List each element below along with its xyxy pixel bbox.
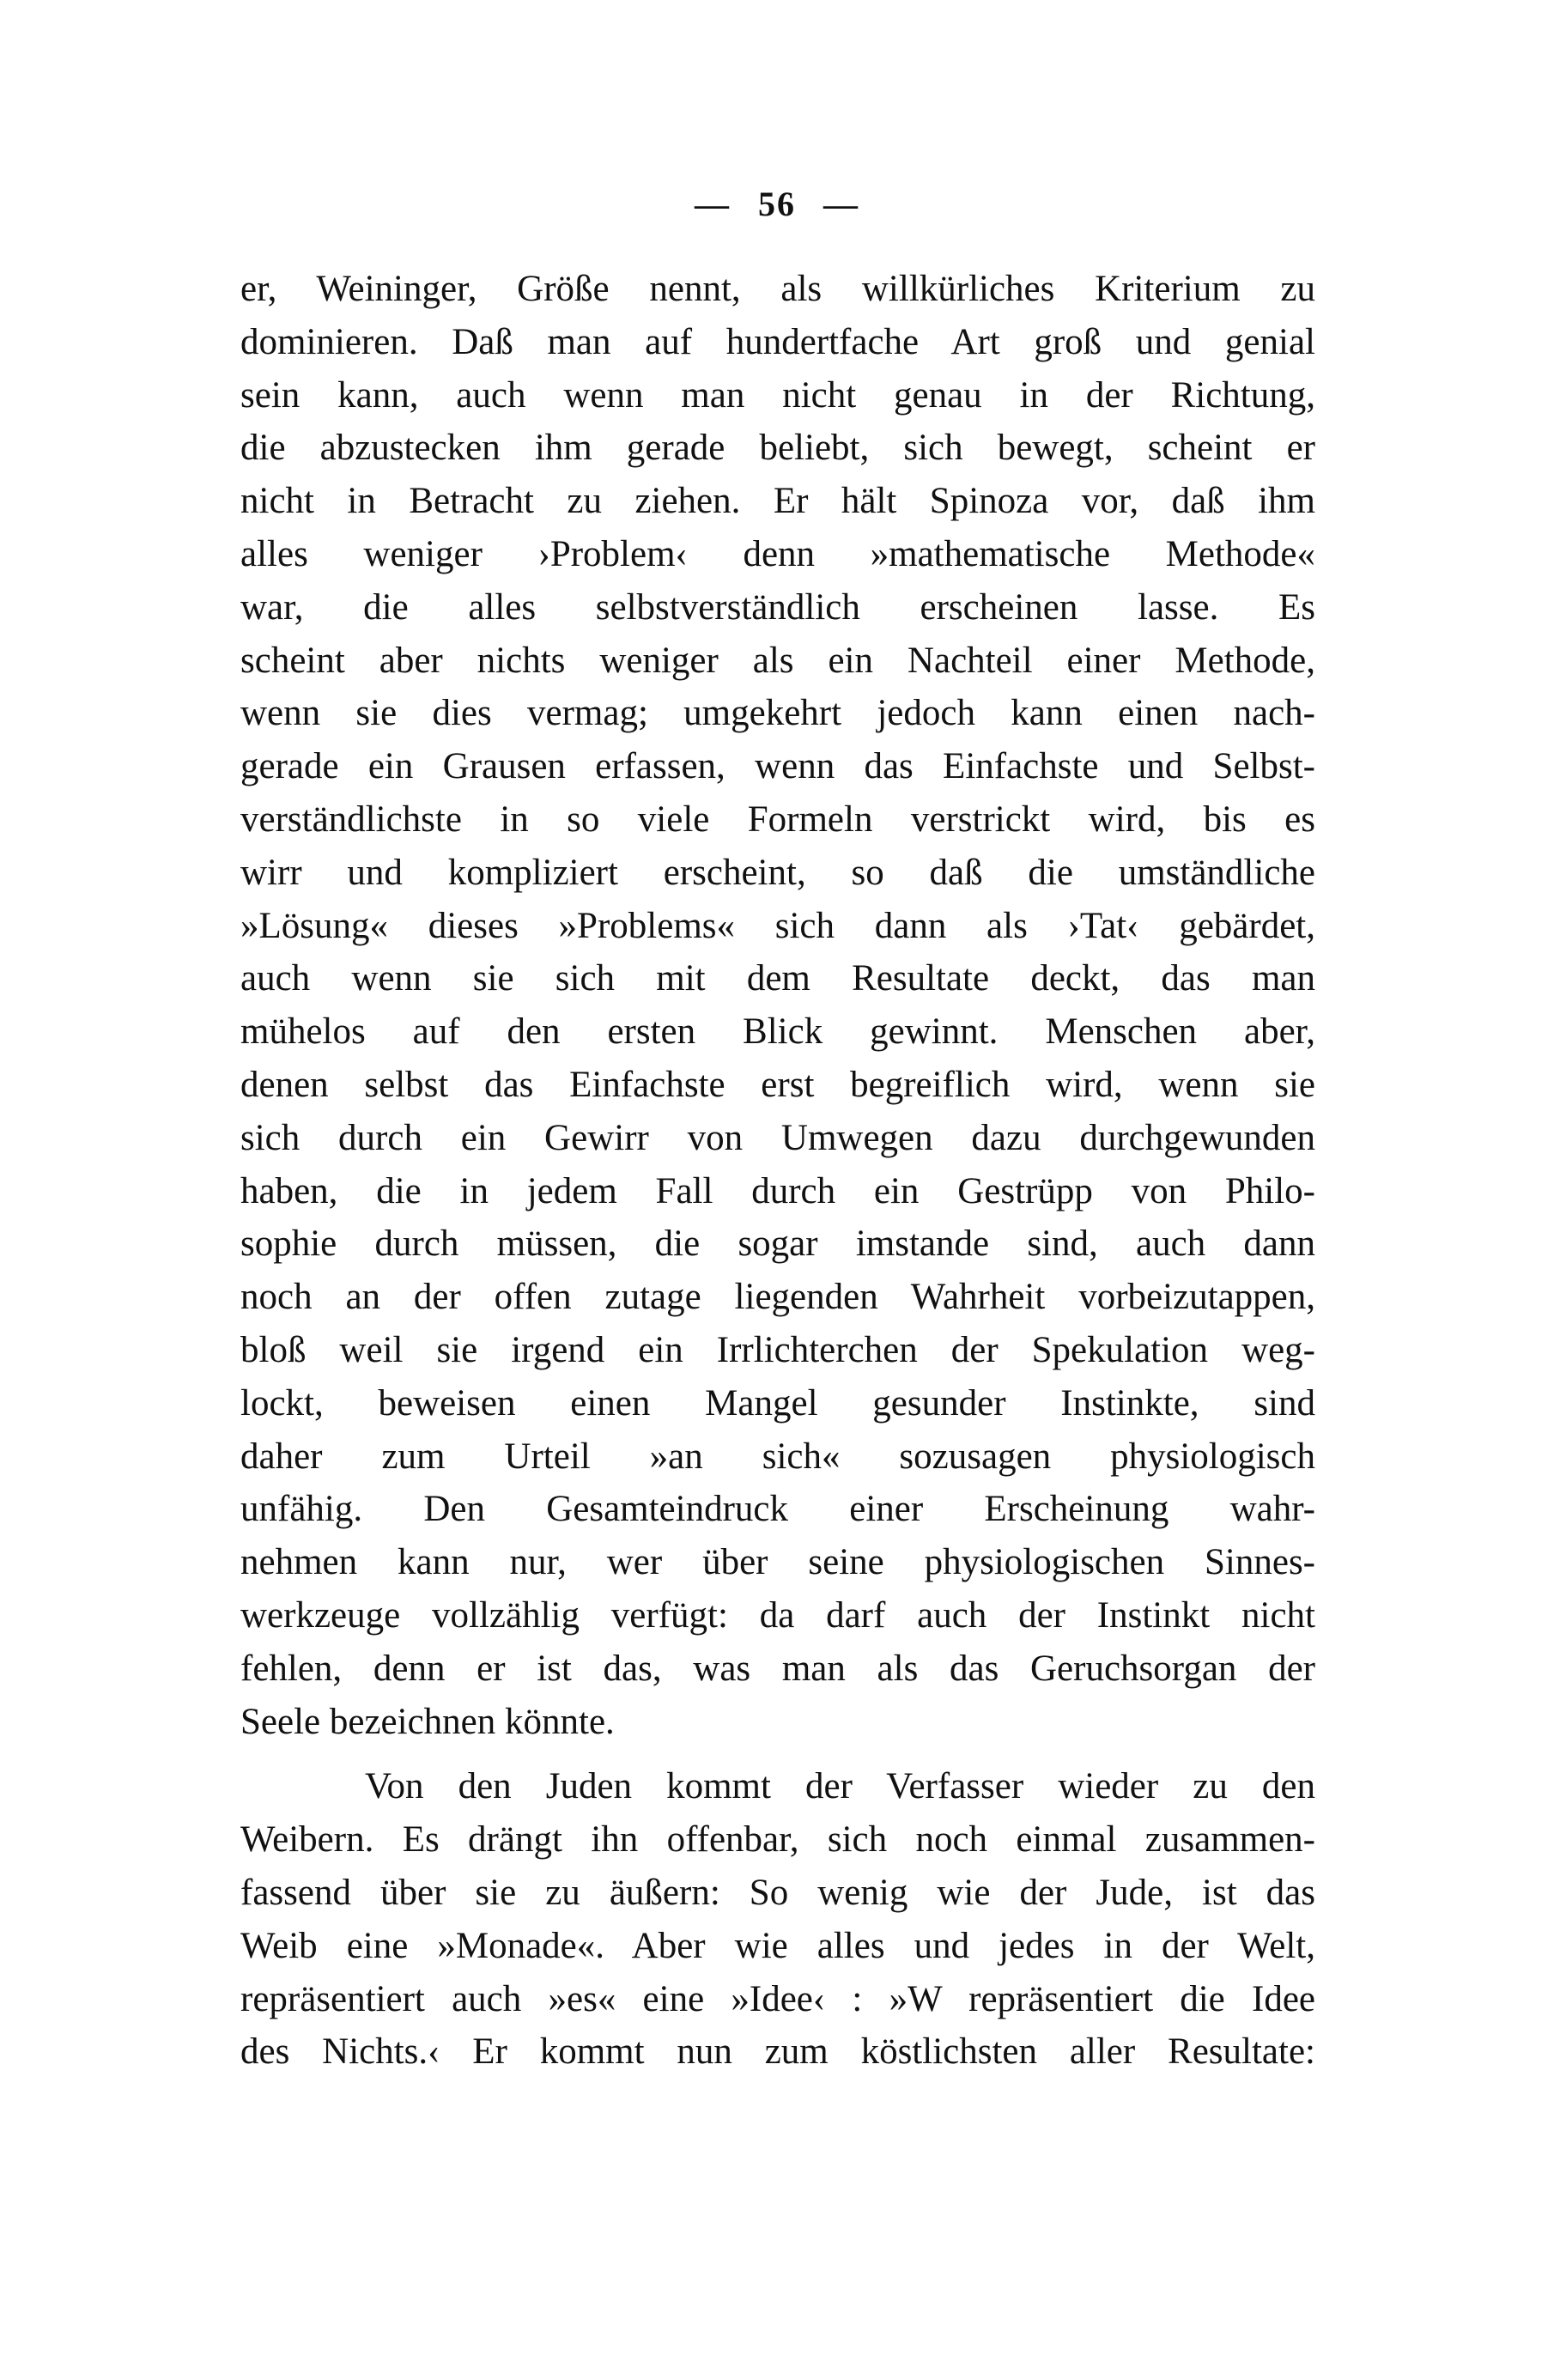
book-page: — 56 — er, Weininger, Größe nennt, als w…	[0, 0, 1554, 2380]
text-line: war, die alles selbstverständlich ersche…	[240, 581, 1315, 634]
text-line: denen selbst das Einfachste erst begreif…	[240, 1059, 1315, 1112]
text-line: fassend über sie zu äußern: So wenig wie…	[240, 1867, 1315, 1920]
text-line: werkzeuge vollzählig verfügt: da darf au…	[240, 1589, 1315, 1642]
page-number-header: — 56 —	[0, 183, 1554, 226]
text-line: fehlen, denn er ist das, was man als das…	[240, 1642, 1315, 1696]
text-line: er, Weininger, Größe nennt, als willkürl…	[240, 263, 1315, 316]
text-line: mühelos auf den ersten Blick gewinnt. Me…	[240, 1005, 1315, 1059]
text-line: gerade ein Grausen erfassen, wenn das Ei…	[240, 740, 1315, 793]
dash-left: —	[695, 183, 731, 226]
text-line: wenn sie dies vermag; umgekehrt jedoch k…	[240, 687, 1315, 740]
text-line: unfähig. Den Gesamteindruck einer Ersche…	[240, 1483, 1315, 1536]
text-line: auch wenn sie sich mit dem Resultate dec…	[240, 952, 1315, 1005]
text-line: Weib eine »Monade«. Aber wie alles und j…	[240, 1920, 1315, 1973]
paragraph-gap	[240, 1748, 1315, 1760]
text-line: »Lösung« dieses »Problems« sich dann als…	[240, 900, 1315, 953]
text-line-indented: Von den Juden kommt der Verfasser wieder…	[240, 1760, 1315, 1813]
body-text: er, Weininger, Größe nennt, als willkürl…	[240, 263, 1315, 2079]
dash-right: —	[823, 183, 859, 226]
text-line: dominieren. Daß man auf hundertfache Art…	[240, 316, 1315, 369]
text-line: alles weniger ›Problem‹ denn »mathematis…	[240, 528, 1315, 581]
text-line: scheint aber nichts weniger als ein Nach…	[240, 634, 1315, 688]
page-number: 56	[758, 185, 796, 223]
text-line: repräsentiert auch »es« eine »Idee‹ : »W…	[240, 1973, 1315, 2026]
text-line: Weibern. Es drängt ihn offenbar, sich no…	[240, 1813, 1315, 1867]
text-line: sich durch ein Gewirr von Umwegen dazu d…	[240, 1112, 1315, 1165]
text-line: sophie durch müssen, die sogar imstande …	[240, 1217, 1315, 1271]
paragraph-2: Von den Juden kommt der Verfasser wieder…	[240, 1760, 1315, 2079]
paragraph-1: er, Weininger, Größe nennt, als willkürl…	[240, 263, 1315, 1748]
text-line: des Nichts.‹ Er kommt nun zum köstlichst…	[240, 2025, 1315, 2079]
text-line: lockt, beweisen einen Mangel gesunder In…	[240, 1377, 1315, 1430]
text-line: haben, die in jedem Fall durch ein Gestr…	[240, 1165, 1315, 1218]
text-line-last: Seele bezeichnen könnte.	[240, 1696, 1315, 1749]
text-line: sein kann, auch wenn man nicht genau in …	[240, 369, 1315, 422]
text-line: daher zum Urteil »an sich« sozusagen phy…	[240, 1430, 1315, 1484]
text-line: bloß weil sie irgend ein Irrlichterchen …	[240, 1324, 1315, 1377]
text-line: die abzustecken ihm gerade beliebt, sich…	[240, 422, 1315, 475]
text-line: verständlichste in so viele Formeln vers…	[240, 793, 1315, 847]
text-line: nicht in Betracht zu ziehen. Er hält Spi…	[240, 475, 1315, 528]
text-line: wirr und kompliziert erscheint, so daß d…	[240, 847, 1315, 900]
text-line: noch an der offen zutage liegenden Wahrh…	[240, 1271, 1315, 1324]
text-line: nehmen kann nur, wer über seine physiolo…	[240, 1536, 1315, 1589]
